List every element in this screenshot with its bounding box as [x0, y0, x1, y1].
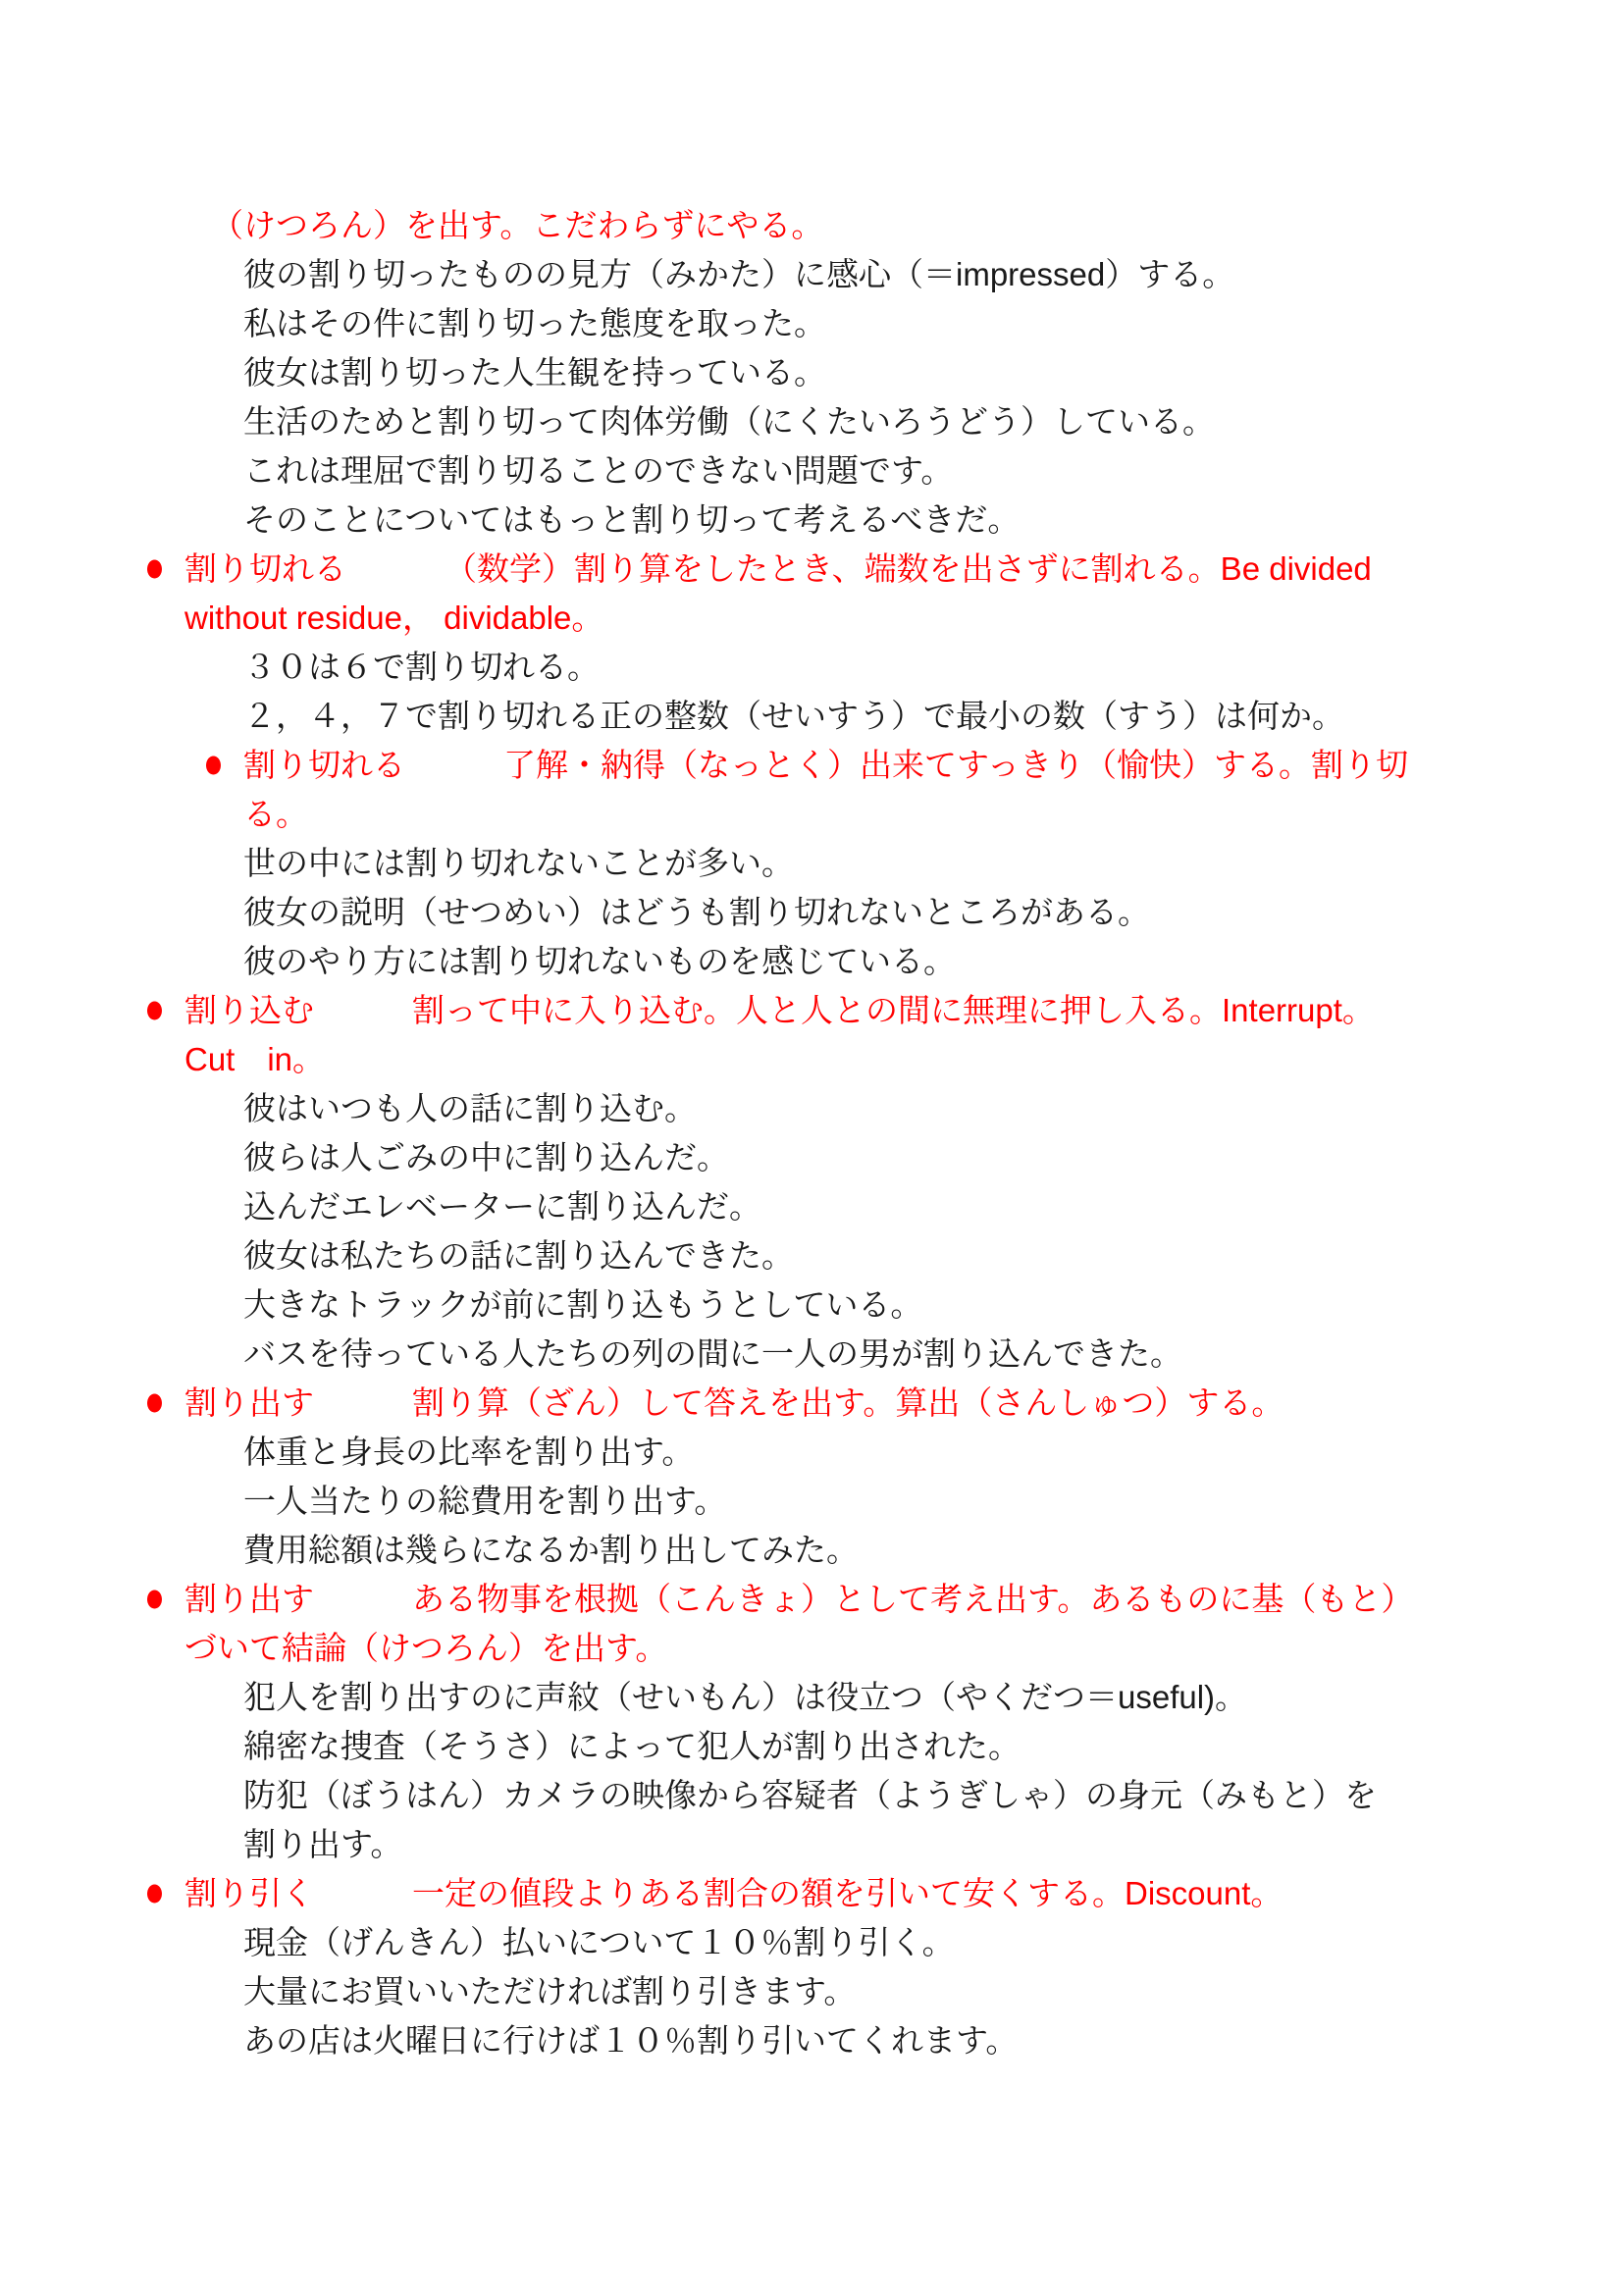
line-text: without residue， dividable。 — [184, 600, 603, 636]
line-text: る。 — [243, 796, 308, 832]
bullet-icon — [147, 1591, 162, 1609]
example-sentence: 世の中には割り切れないことが多い。 — [0, 839, 1624, 888]
example-sentence: 一人当たりの総費用を割り出す。 — [0, 1477, 1624, 1526]
bullet-icon — [147, 560, 162, 579]
line-text: 綿密な捜査（そうさ）によって犯人が割り出された。 — [243, 1728, 1021, 1764]
example-sentence: そのことについてはもっと割り切って考えるべきだ。 — [0, 496, 1624, 545]
vocab-definition: （数学）割り算をしたとき、端数を出さずに割れる。Be divided — [445, 550, 1372, 587]
bullet-icon — [206, 757, 221, 775]
line-text: バスを待っている人たちの列の間に一人の男が割り込んできた。 — [243, 1335, 1182, 1372]
line-text: 彼はいつも人の話に割り込む。 — [243, 1090, 697, 1126]
line-text: 割り出す。 — [243, 1826, 402, 1862]
example-sentence: 防犯（ぼうはん）カメラの映像から容疑者（ようぎしゃ）の身元（みもと）を — [0, 1771, 1624, 1820]
vocab-heading-continued: づいて結論（けつろん）を出す。 — [0, 1624, 1624, 1673]
vocab-term: 割り出す — [184, 1379, 314, 1428]
line-text: ２，４，７で割り切れる正の整数（せいすう）で最小の数（すう）は何か。 — [243, 698, 1344, 734]
bullet-icon — [147, 1002, 162, 1020]
line-text: あの店は火曜日に行けば１０％割り引いてくれます。 — [243, 2022, 1018, 2059]
vocab-term: 割り切れる — [243, 741, 405, 790]
line-text: 私はその件に割り切った態度を取った。 — [243, 305, 826, 341]
vocab-heading: 割り込む割って中に入り込む。人と人との間に無理に押し入る。Interrupt。 — [0, 986, 1624, 1035]
vocab-definition: 一定の値段よりある割合の額を引いて安くする。Discount。 — [412, 1875, 1283, 1911]
line-text: 大量にお買いいただければ割り引きます。 — [243, 1973, 856, 2009]
vocab-heading-continued: （けつろん）を出す。こだわらずにやる。 — [0, 201, 1624, 250]
example-sentence: これは理屈で割り切ることのできない問題です。 — [0, 446, 1624, 496]
vocab-heading: 割り引く一定の値段よりある割合の額を引いて安くする。Discount。 — [0, 1869, 1624, 1918]
vocab-subheading: 割り切れる了解・納得（なっとく）出来てすっきり（愉快）する。割り切 — [0, 741, 1624, 790]
line-text: 彼女の説明（せつめい）はどうも割り切れないところがある。 — [243, 894, 1150, 930]
line-text: 彼女は私たちの話に割り込んできた。 — [243, 1237, 794, 1274]
vocab-term: 割り出す — [184, 1575, 314, 1624]
line-text: 込んだエレベーターに割り込んだ。 — [243, 1188, 761, 1225]
example-sentence: 体重と身長の比率を割り出す。 — [0, 1428, 1624, 1477]
line-text: （けつろん）を出す。こだわらずにやる。 — [211, 207, 823, 243]
example-sentence: 生活のためと割り切って肉体労働（にくたいろうどう）している。 — [0, 397, 1624, 446]
example-sentence: ３０は６で割り切れる。 — [0, 643, 1624, 692]
example-sentence: 込んだエレベーターに割り込んだ。 — [0, 1182, 1624, 1231]
document-page: （けつろん）を出す。こだわらずにやる。彼の割り切ったものの見方（みかた）に感心（… — [0, 0, 1624, 2296]
line-text: ３０は６で割り切れる。 — [243, 649, 600, 685]
line-text: 彼の割り切ったものの見方（みかた）に感心（＝impressed）する。 — [243, 256, 1234, 292]
example-sentence: 彼のやり方には割り切れないものを感じている。 — [0, 937, 1624, 986]
line-text: 彼らは人ごみの中に割り込んだ。 — [243, 1139, 729, 1175]
line-text: 一人当たりの総費用を割り出す。 — [243, 1483, 726, 1519]
line-text: 現金（げんきん）払いについて１０％割り引く。 — [243, 1924, 955, 1960]
line-text: 防犯（ぼうはん）カメラの映像から容疑者（ようぎしゃ）の身元（みもと）を — [243, 1777, 1377, 1813]
vocab-heading: 割り出すある物事を根拠（こんきょ）として考え出す。あるものに基（もと） — [0, 1575, 1624, 1624]
example-sentence: 大量にお買いいただければ割り引きます。 — [0, 1967, 1624, 2016]
line-text: 大きなトラックが前に割り込もうとしている。 — [243, 1286, 922, 1323]
vocab-heading: 割り切れる（数学）割り算をしたとき、端数を出さずに割れる。Be divided — [0, 545, 1624, 594]
example-sentence: あの店は火曜日に行けば１０％割り引いてくれます。 — [0, 2016, 1624, 2065]
bullet-icon — [147, 1885, 162, 1904]
line-text: これは理屈で割り切ることのできない問題です。 — [243, 452, 953, 489]
line-text: そのことについてはもっと割り切って考えるべきだ。 — [243, 501, 1020, 538]
example-sentence: 彼女は割り切った人生観を持っている。 — [0, 348, 1624, 397]
example-sentence: 現金（げんきん）払いについて１０％割り引く。 — [0, 1918, 1624, 1967]
example-sentence: 犯人を割り出すのに声紋（せいもん）は役立つ（やくだつ＝useful)。 — [0, 1673, 1624, 1722]
line-text: 世の中には割り切れないことが多い。 — [243, 845, 794, 881]
example-sentence: 彼の割り切ったものの見方（みかた）に感心（＝impressed）する。 — [0, 250, 1624, 299]
vocab-heading-continued: without residue， dividable。 — [0, 594, 1624, 643]
vocab-definition: 了解・納得（なっとく）出来てすっきり（愉快）する。割り切 — [503, 747, 1408, 783]
example-sentence: 大きなトラックが前に割り込もうとしている。 — [0, 1280, 1624, 1330]
example-sentence-continued: 割り出す。 — [0, 1820, 1624, 1869]
vocab-term: 割り切れる — [184, 545, 346, 594]
vocab-subheading-continued: る。 — [0, 790, 1624, 839]
vocabulary-list: （けつろん）を出す。こだわらずにやる。彼の割り切ったものの見方（みかた）に感心（… — [0, 201, 1624, 2065]
vocab-definition: 割り算（ざん）して答えを出す。算出（さんしゅつ）する。 — [412, 1384, 1283, 1421]
example-sentence: 私はその件に割り切った態度を取った。 — [0, 299, 1624, 348]
line-text: Cut in。 — [184, 1041, 325, 1077]
vocab-term: 割り引く — [184, 1869, 314, 1918]
example-sentence: 彼はいつも人の話に割り込む。 — [0, 1084, 1624, 1133]
vocab-definition: ある物事を根拠（こんきょ）として考え出す。あるものに基（もと） — [412, 1581, 1413, 1617]
line-text: 体重と身長の比率を割り出す。 — [243, 1434, 694, 1470]
line-text: 生活のためと割り切って肉体労働（にくたいろうどう）している。 — [243, 403, 1215, 440]
line-text: 費用総額は幾らになるか割り出してみた。 — [243, 1532, 859, 1568]
vocab-term: 割り込む — [184, 986, 314, 1035]
example-sentence: バスを待っている人たちの列の間に一人の男が割り込んできた。 — [0, 1330, 1624, 1379]
example-sentence: 費用総額は幾らになるか割り出してみた。 — [0, 1526, 1624, 1575]
line-text: 彼女は割り切った人生観を持っている。 — [243, 354, 826, 391]
example-sentence: ２，４，７で割り切れる正の整数（せいすう）で最小の数（すう）は何か。 — [0, 692, 1624, 741]
vocab-definition: 割って中に入り込む。人と人との間に無理に押し入る。Interrupt。 — [412, 992, 1375, 1028]
line-text: 彼のやり方には割り切れないものを感じている。 — [243, 943, 956, 979]
line-text: づいて結論（けつろん）を出す。 — [184, 1630, 667, 1666]
example-sentence: 彼女は私たちの話に割り込んできた。 — [0, 1231, 1624, 1280]
example-sentence: 綿密な捜査（そうさ）によって犯人が割り出された。 — [0, 1722, 1624, 1771]
vocab-heading: 割り出す割り算（ざん）して答えを出す。算出（さんしゅつ）する。 — [0, 1379, 1624, 1428]
line-text: 犯人を割り出すのに声紋（せいもん）は役立つ（やくだつ＝useful)。 — [243, 1679, 1247, 1715]
vocab-heading-continued: Cut in。 — [0, 1035, 1624, 1084]
bullet-icon — [147, 1394, 162, 1413]
example-sentence: 彼女の説明（せつめい）はどうも割り切れないところがある。 — [0, 888, 1624, 937]
example-sentence: 彼らは人ごみの中に割り込んだ。 — [0, 1133, 1624, 1182]
